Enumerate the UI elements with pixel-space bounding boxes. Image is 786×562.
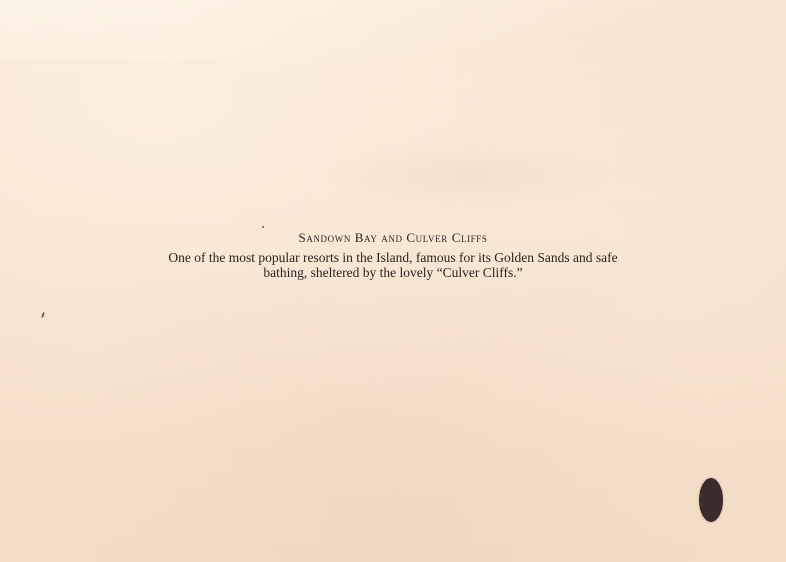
caption-title: Sandown Bay and Culver Cliffs — [0, 230, 786, 246]
caption-body: One of the most popular resorts in the I… — [0, 250, 786, 280]
punch-hole — [699, 478, 723, 522]
caption-line-1: One of the most popular resorts in the I… — [0, 250, 786, 265]
paper-fold-shadow — [320, 140, 620, 210]
caption-line-2: bathing, sheltered by the lovely “Culver… — [0, 265, 786, 280]
paper-speck — [262, 226, 264, 228]
paper-crease — [0, 0, 786, 60]
paper-mark — [41, 312, 45, 318]
